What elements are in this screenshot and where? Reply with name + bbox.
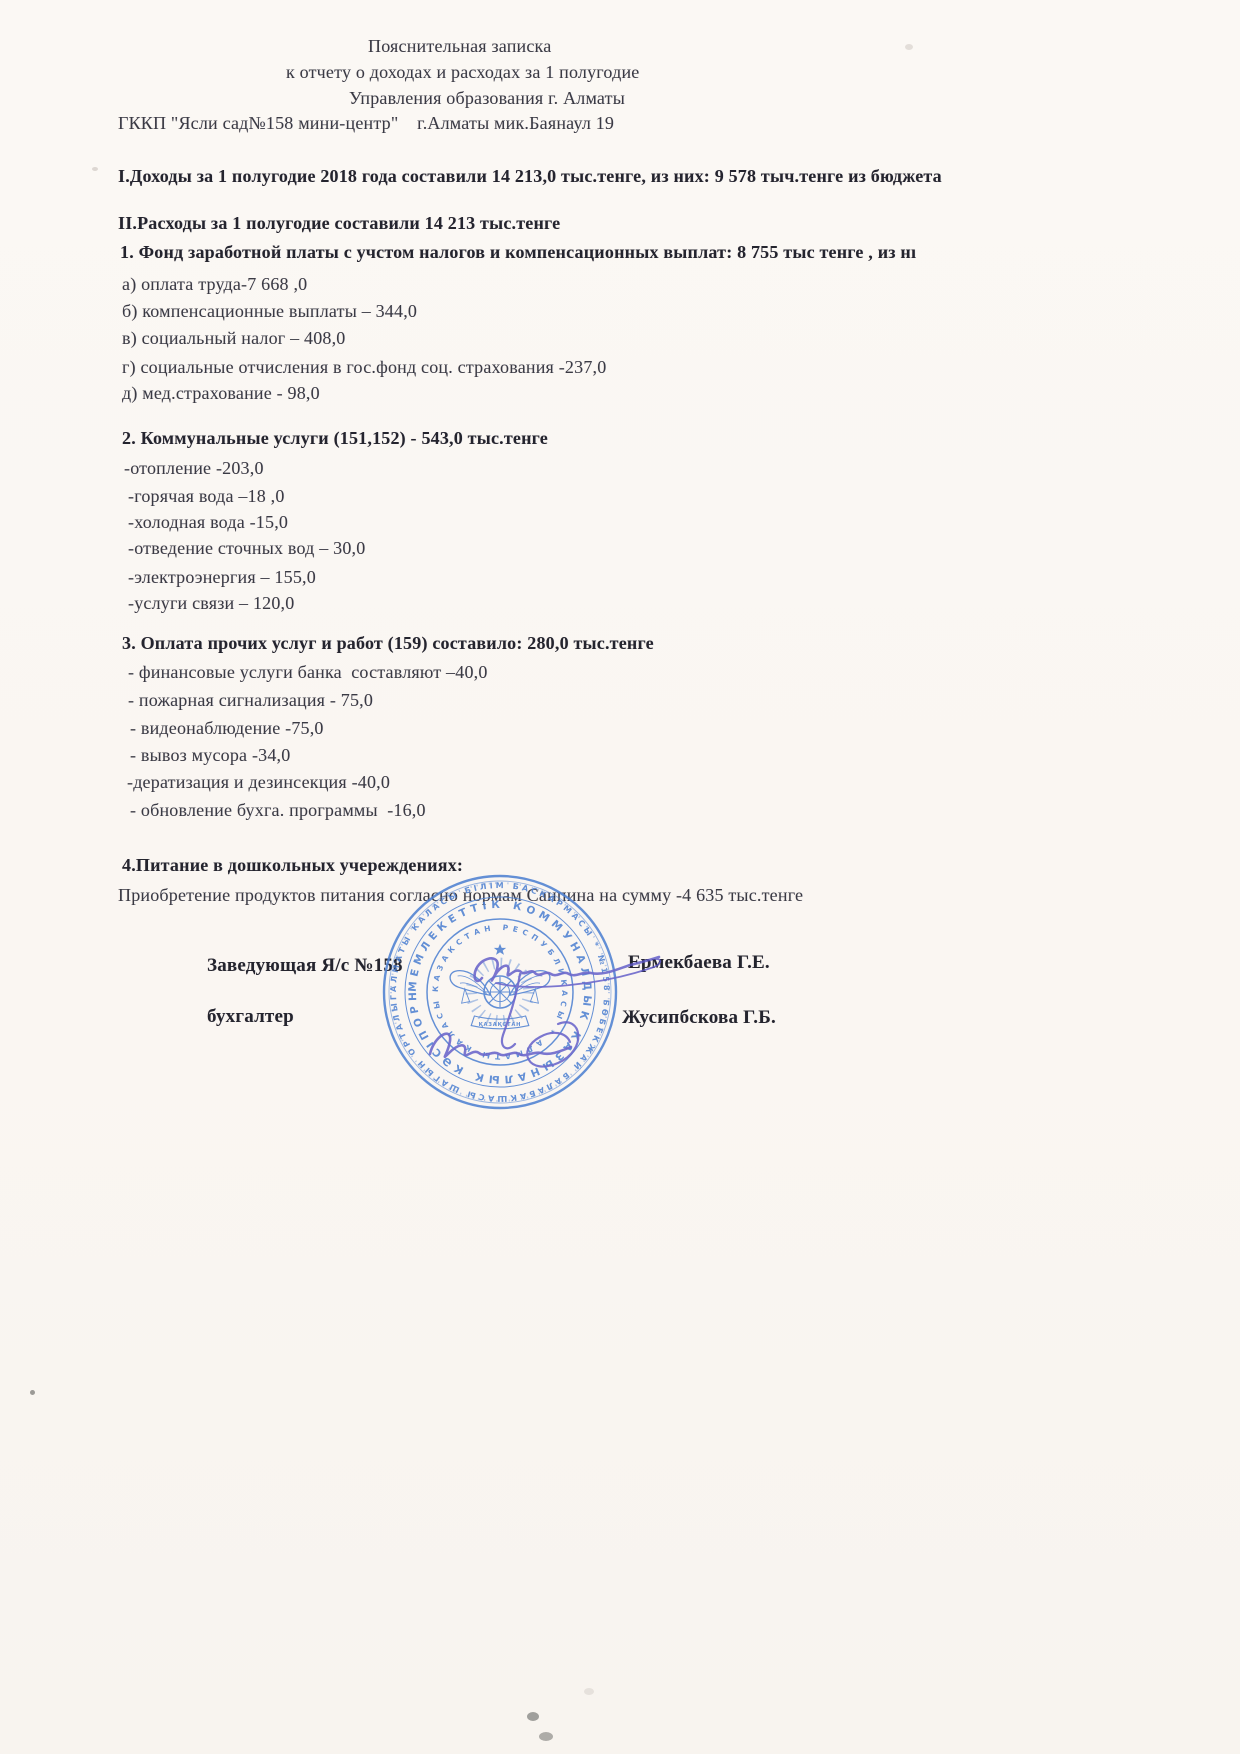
scan-speck [92, 167, 98, 171]
doc-title-line-3: Управления образования г. Алматы [349, 88, 625, 109]
emblem-banner-label: ҚАЗАҚСТАН [479, 1022, 522, 1028]
other-item-garbage: - вывоз мусора -34,0 [130, 745, 290, 766]
other-item-software: - обновление бухга. программы -16,0 [130, 800, 426, 821]
doc-title-line-1: Пояснительная записка [368, 36, 551, 57]
organization-line: ГККП "Ясли сад№158 мини-центр" г.Алматы … [118, 113, 614, 134]
utilities-item-heating: -отопление -203,0 [124, 458, 264, 479]
income-heading: I.Доходы за 1 полугодие 2018 года состав… [118, 166, 942, 187]
utilities-item-sewage: -отведение сточных вод – 30,0 [128, 538, 365, 559]
utilities-heading: 2. Коммунальные услуги (151,152) - 543,0… [122, 428, 548, 449]
scan-speck [539, 1732, 553, 1741]
utilities-item-electricity: -электроэнергия – 155,0 [128, 567, 316, 588]
fund-item-g: г) социальные отчисления в гос.фонд соц.… [122, 357, 606, 378]
utilities-item-cold-water: -холодная вода -15,0 [128, 512, 288, 533]
other-item-cctv: - видеонаблюдение -75,0 [130, 718, 324, 739]
document-page: Пояснительная записка к отчету о доходах… [0, 0, 1240, 1754]
scan-speck [584, 1688, 594, 1695]
fund-item-a: а) оплата труда-7 668 ,0 [122, 274, 307, 295]
other-item-deratization: -дератизация и дезинсекция -40,0 [127, 772, 390, 793]
expense-heading: II.Расходы за 1 полугодие составили 14 2… [118, 213, 560, 234]
doc-title-line-2: к отчету о доходах и расходах за 1 полуг… [286, 62, 640, 83]
scan-speck [30, 1390, 35, 1395]
fund-item-b: б) компенсационные выплаты – 344,0 [122, 301, 417, 322]
star-icon [495, 945, 505, 954]
other-item-bank: - финансовые услуги банка составляют –40… [128, 662, 488, 683]
fund-heading: 1. Фонд заработной платы с учстом налого… [120, 242, 916, 263]
scan-speck [527, 1712, 539, 1721]
utilities-item-hot-water: -горячая вода –18 ,0 [128, 486, 285, 507]
utilities-item-telecom: -услуги связи – 120,0 [128, 593, 294, 614]
official-stamp: АЛМАТЫ КАЛАСЫ БІЛІМ БАСКАРМАСЫ * №158 БӨ… [370, 866, 690, 1116]
other-services-heading: 3. Оплата прочих услуг и работ (159) сос… [122, 633, 654, 654]
scan-speck [905, 44, 913, 50]
fund-item-d: д) мед.страхование - 98,0 [122, 383, 320, 404]
signature-role-accountant: бухгалтер [207, 1006, 294, 1028]
other-item-fire-alarm: - пожарная сигнализация - 75,0 [128, 690, 373, 711]
fund-item-v: в) социальный налог – 408,0 [122, 328, 346, 349]
